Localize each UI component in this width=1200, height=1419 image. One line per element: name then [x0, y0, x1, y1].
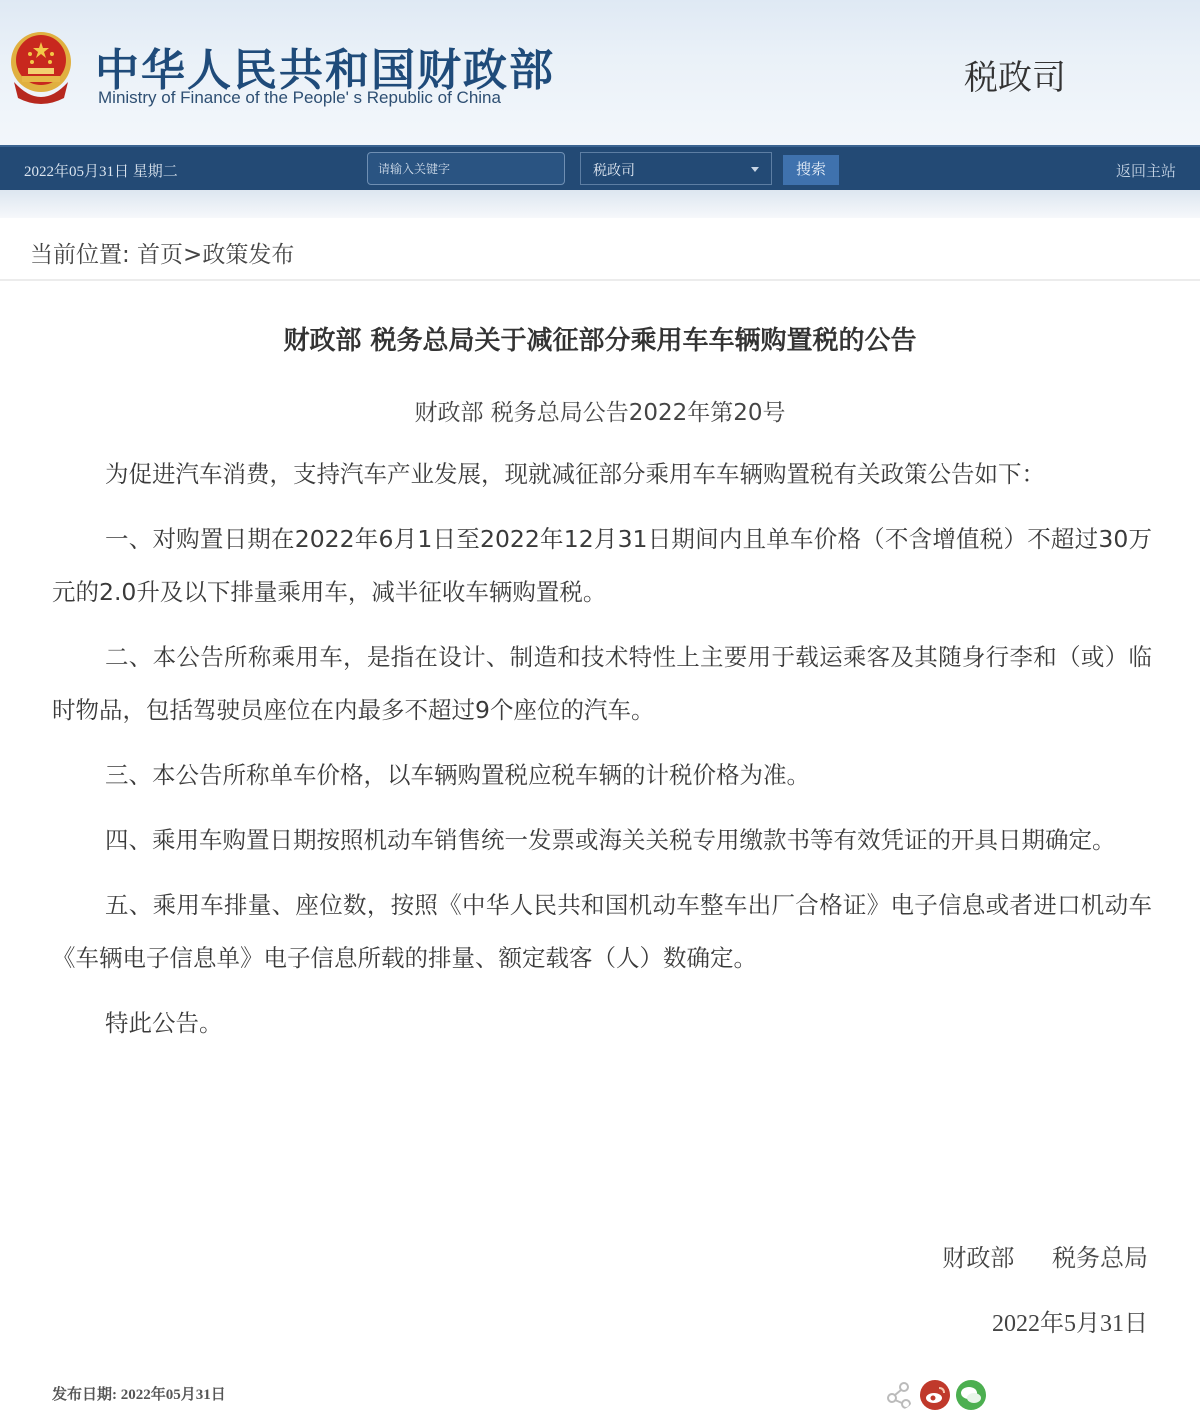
- national-emblem-icon: [8, 30, 74, 106]
- share-bar: [884, 1380, 986, 1410]
- return-home-link[interactable]: 返回主站: [1116, 160, 1176, 181]
- breadcrumb[interactable]: 当前位置: 首页>政策发布: [30, 236, 294, 269]
- navbar-shadow: [0, 190, 1200, 218]
- paragraph-closing: 特此公告。: [52, 997, 1152, 1050]
- paragraph-2: 二、本公告所称乘用车，是指在设计、制造和技术特性上主要用于载运乘客及其随身行李和…: [52, 631, 1152, 737]
- current-date: 2022年05月31日 星期二: [24, 160, 178, 181]
- paragraph-intro: 为促进汽车消费，支持汽车产业发展，现就减征部分乘用车车辆购置税有关政策公告如下：: [52, 448, 1152, 501]
- paragraph-5: 五、乘用车排量、座位数，按照《中华人民共和国机动车整车出厂合格证》电子信息或者进…: [52, 879, 1152, 985]
- search-scope-select[interactable]: 税政司: [580, 152, 772, 185]
- document-number: 财政部 税务总局公告2022年第20号: [0, 394, 1200, 427]
- site-subtitle: Ministry of Finance of the People' s Rep…: [98, 88, 501, 108]
- search-input[interactable]: [367, 152, 565, 185]
- search-scope-value: 税政司: [593, 163, 635, 179]
- signature-date: 2022年5月31日: [992, 1303, 1148, 1338]
- publish-date: 发布日期: 2022年05月31日: [52, 1383, 226, 1404]
- document-signature: 财政部 税务总局: [942, 1238, 1148, 1273]
- paragraph-4: 四、乘用车购置日期按照机动车销售统一发票或海关关税专用缴款书等有效凭证的开具日期…: [52, 814, 1152, 867]
- site-header: 中华人民共和国财政部 Ministry of Finance of the Pe…: [0, 0, 1200, 145]
- top-navbar: 2022年05月31日 星期二 税政司 搜索 返回主站: [0, 145, 1200, 190]
- paragraph-3: 三、本公告所称单车价格，以车辆购置税应税车辆的计税价格为准。: [52, 749, 1152, 802]
- divider: [0, 279, 1200, 281]
- search-button[interactable]: 搜索: [783, 155, 839, 185]
- paragraph-1: 一、对购置日期在2022年6月1日至2022年12月31日期间内且单车价格（不含…: [52, 513, 1152, 619]
- wechat-icon[interactable]: [956, 1380, 986, 1410]
- weibo-icon[interactable]: [920, 1380, 950, 1410]
- chevron-down-icon: [751, 167, 759, 172]
- department-name: 税政司: [964, 50, 1066, 99]
- document-body: 为促进汽车消费，支持汽车产业发展，现就减征部分乘用车车辆购置税有关政策公告如下：…: [52, 448, 1152, 1062]
- page-title: 财政部 税务总局关于减征部分乘用车车辆购置税的公告: [0, 320, 1200, 357]
- share-icon[interactable]: [884, 1380, 914, 1410]
